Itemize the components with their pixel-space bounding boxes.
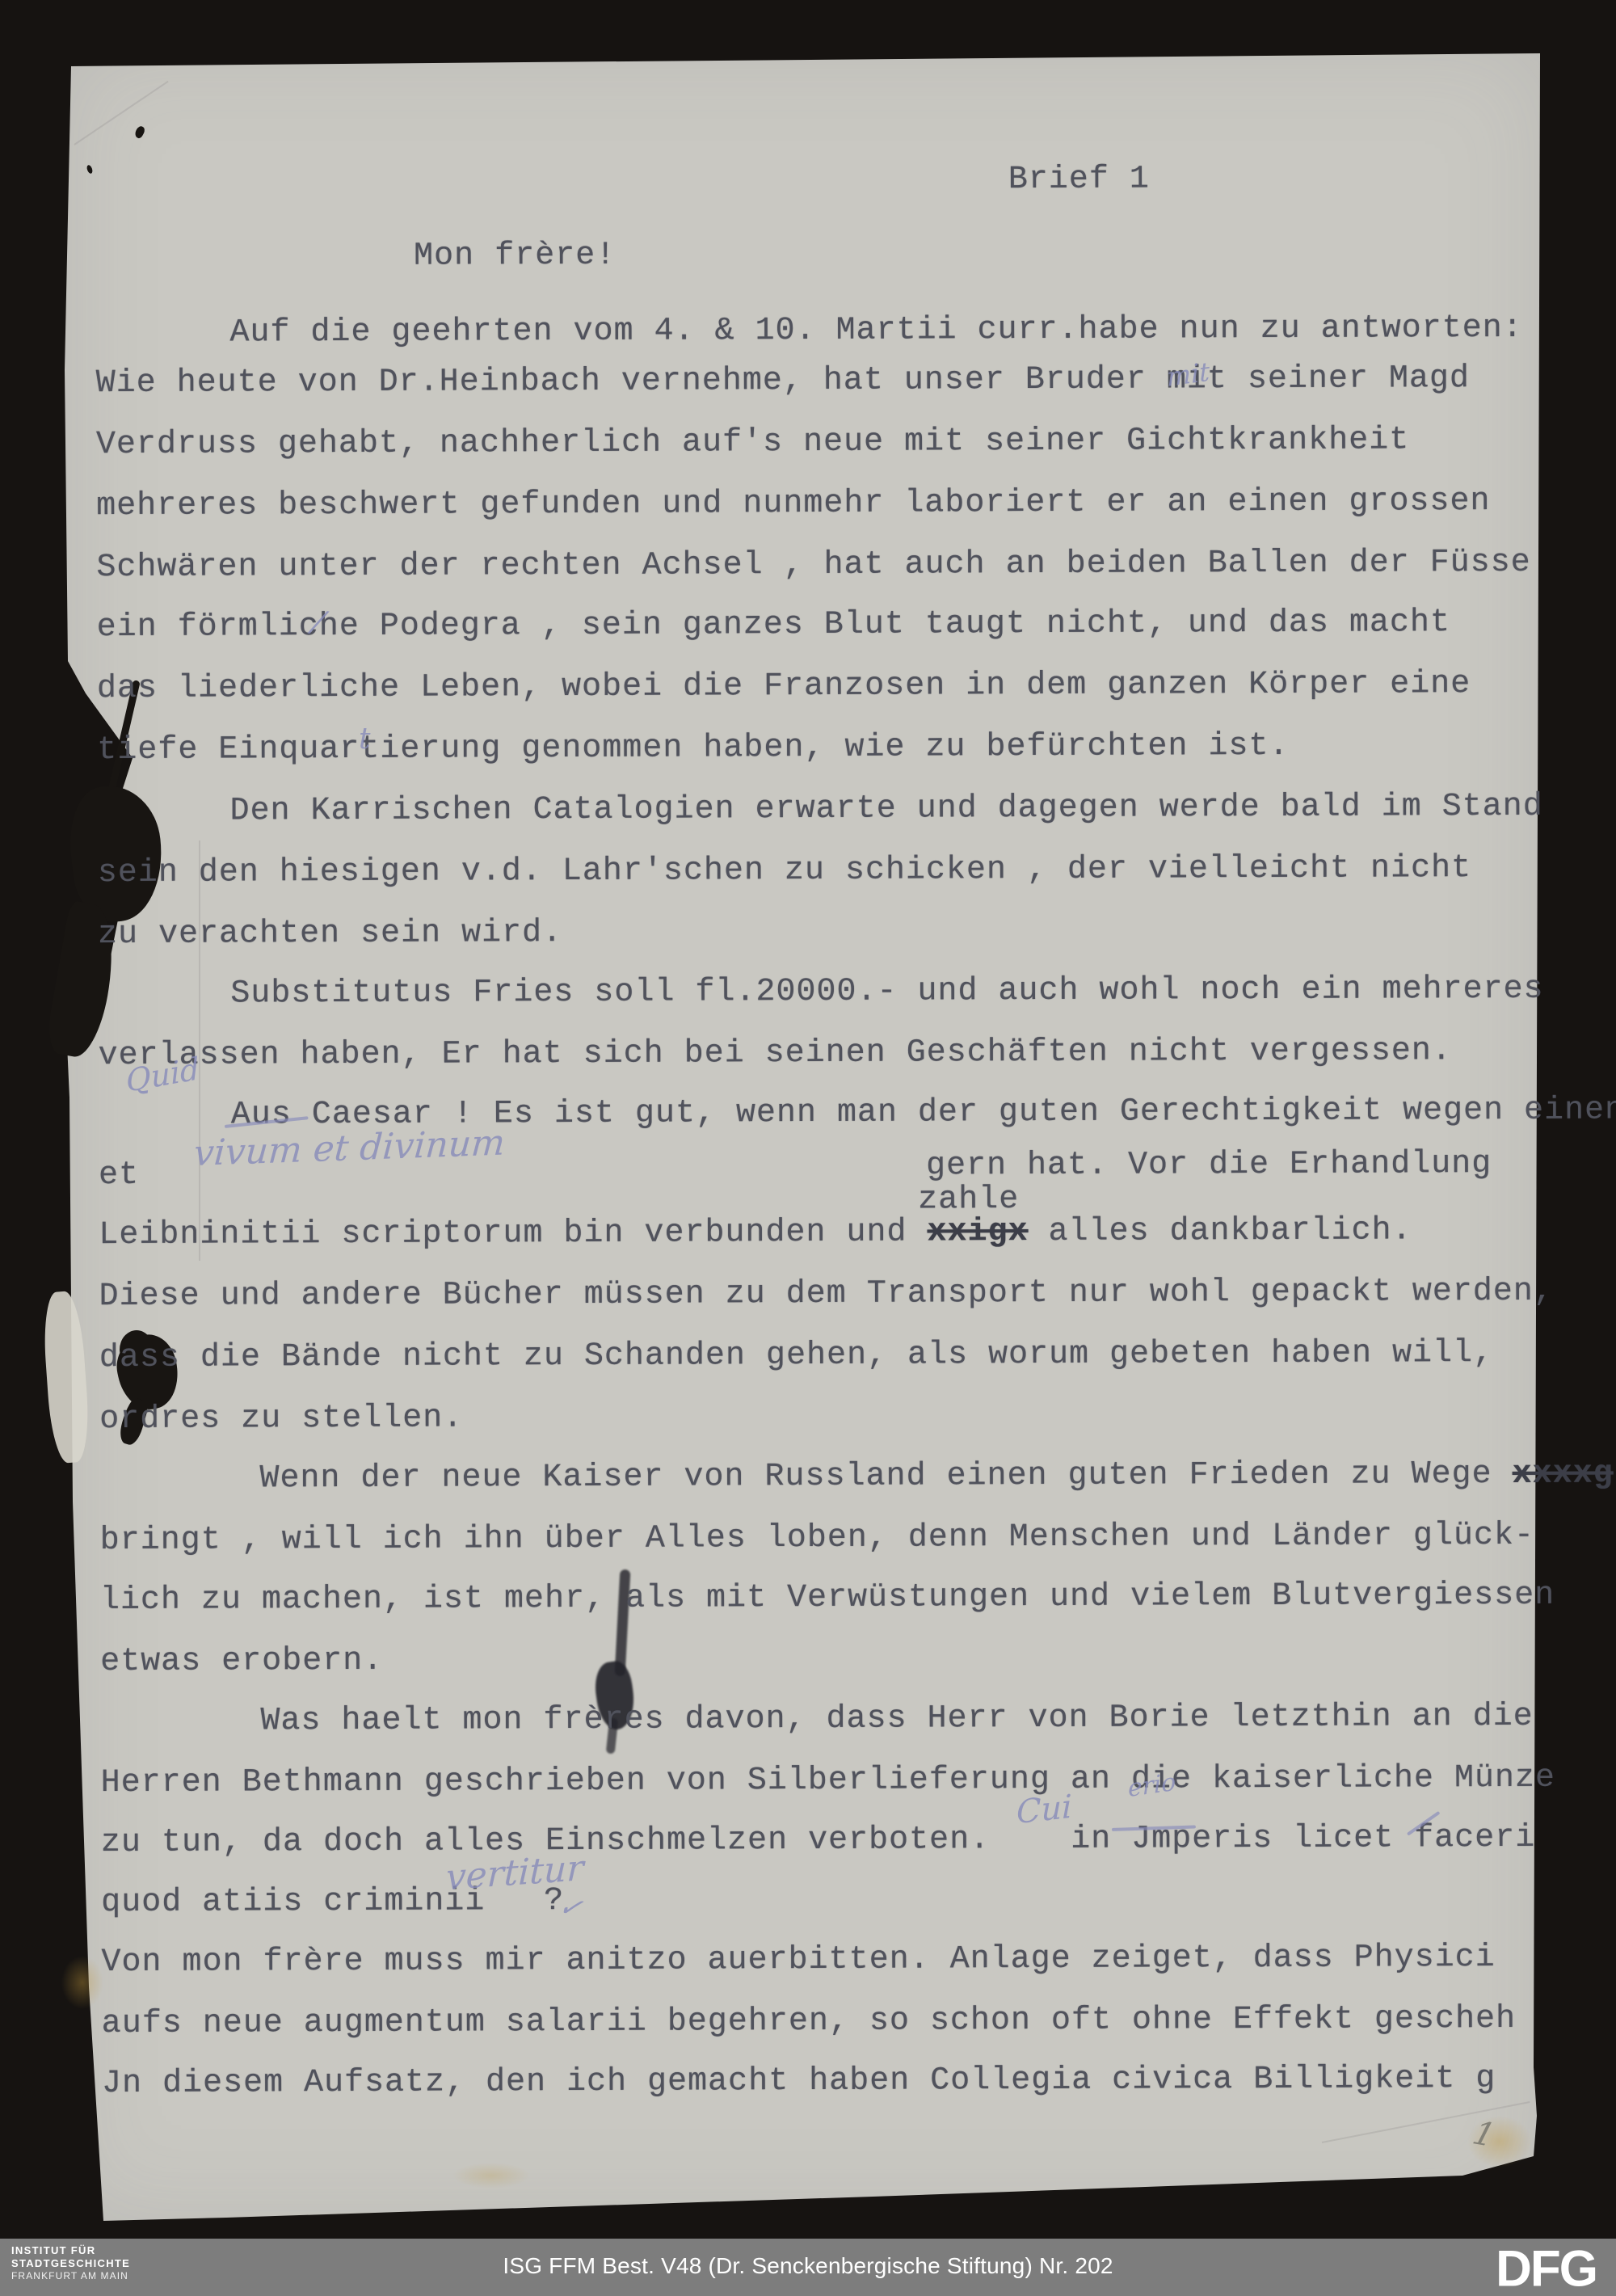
pencil-page-number: 1 <box>1469 2115 1500 2155</box>
handwritten-annotation: ✓ <box>554 1890 586 1926</box>
scanned-letter-page: Brief 1Mon frère!Auf die geehrten vom 4.… <box>0 0 1616 2296</box>
handwritten-annotation: Cui <box>1016 1788 1072 1831</box>
handwritten-annotation: mit <box>1166 356 1210 393</box>
handwritten-strike-line <box>225 1116 309 1128</box>
handwritten-annotation-layer: Quidvivum et divinummit/tCuieriovertitur… <box>0 0 1616 2296</box>
handwritten-strike-line <box>1407 1811 1441 1836</box>
archive-reference: ISG FFM Best. V48 (Dr. Senckenbergische … <box>0 2253 1616 2279</box>
dfg-logo: DFG <box>1496 2239 1597 2296</box>
handwritten-annotation: t <box>359 723 370 756</box>
handwritten-annotation: Quid <box>124 1051 200 1099</box>
handwritten-annotation: / <box>309 604 329 640</box>
archive-footer-bar: INSTITUT FÜR STADTGESCHICHTE FRANKFURT A… <box>0 2239 1616 2296</box>
handwritten-annotation: vivum et divinum <box>192 1122 506 1174</box>
handwritten-annotation: erio <box>1127 1768 1176 1803</box>
handwritten-strike-line <box>1112 1825 1196 1831</box>
